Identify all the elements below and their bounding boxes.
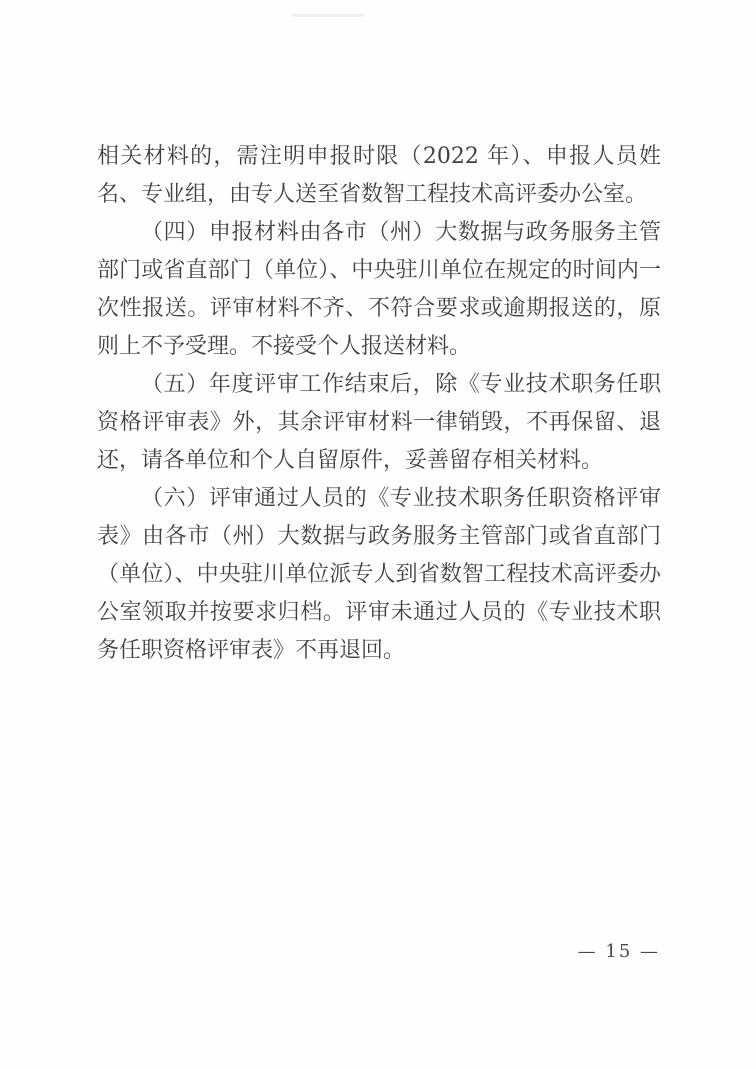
document-body: 相关材料的，需注明申报时限（2022 年）、申报人员姓名、专业组，由专人送至省数…	[97, 138, 661, 670]
body-paragraph-item-5: （五）年度评审工作结束后，除《专业技术职务任职资格评审表》外，其余评审材料一律销…	[97, 366, 661, 480]
body-paragraph-item-6: （六）评审通过人员的《专业技术职务任职资格评审表》由各市（州）大数据与政务服务主…	[97, 480, 661, 670]
scan-artifact	[292, 14, 364, 17]
body-paragraph-item-4: （四）申报材料由各市（州）大数据与政务服务主管部门或省直部门（单位）、中央驻川单…	[97, 214, 661, 366]
document-page: 相关材料的，需注明申报时限（2022 年）、申报人员姓名、专业组，由专人送至省数…	[0, 0, 756, 1069]
page-number: — 15 —	[578, 941, 660, 962]
body-paragraph-continuation: 相关材料的，需注明申报时限（2022 年）、申报人员姓名、专业组，由专人送至省数…	[97, 138, 661, 214]
